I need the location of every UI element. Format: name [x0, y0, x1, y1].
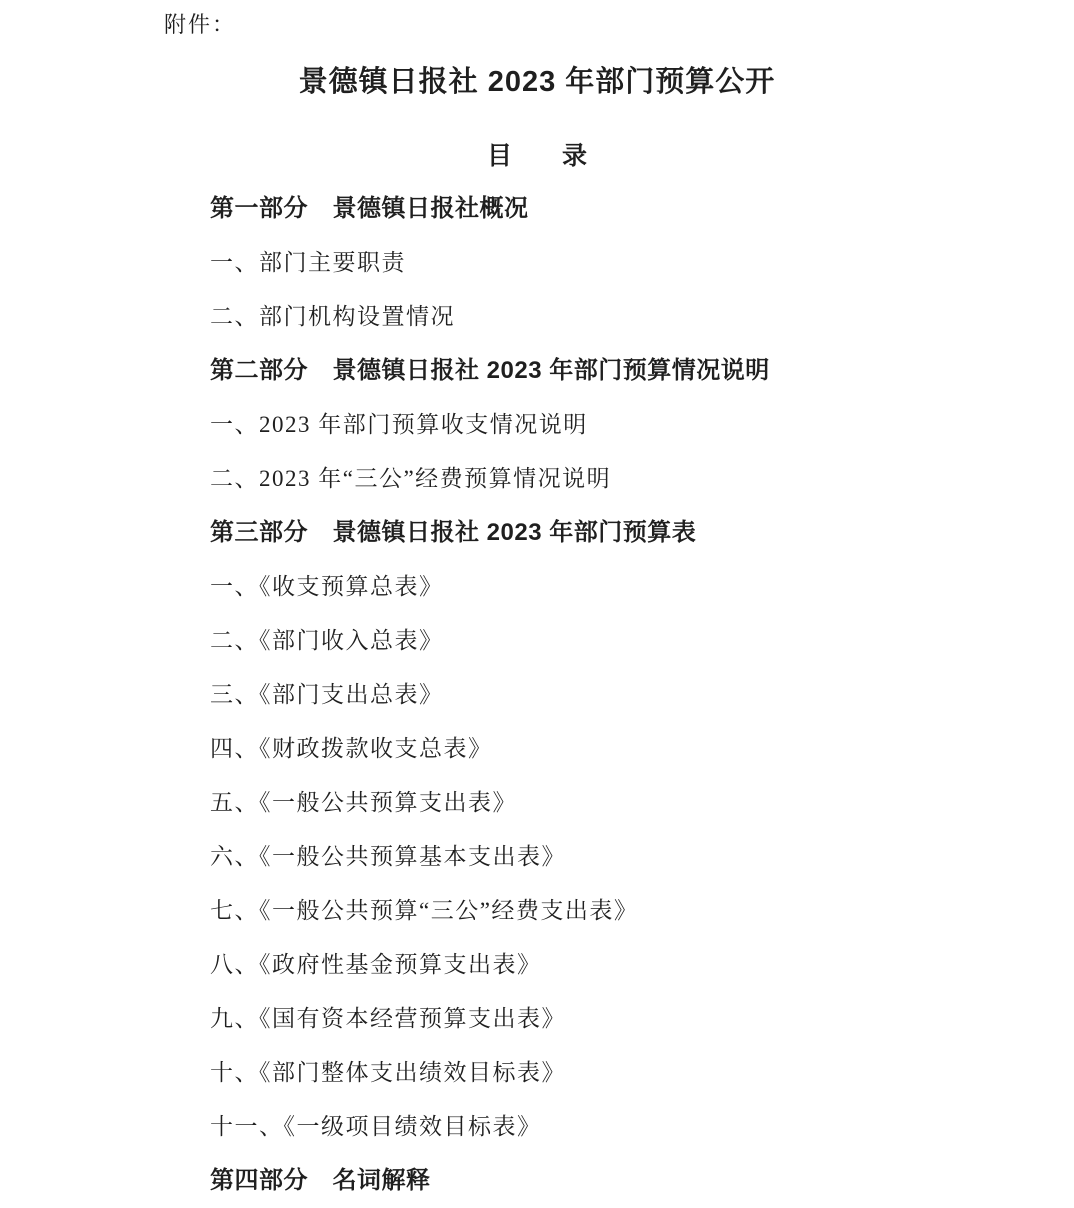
toc-section-heading: 第一部分 景德镇日报社概况 [210, 182, 1014, 236]
toc-item: 一、《收支预算总表》 [210, 560, 1014, 614]
toc-list: 第一部分 景德镇日报社概况一、部门主要职责二、部门机构设置情况第二部分 景德镇日… [210, 182, 1014, 1208]
toc-item: 一、2023 年部门预算收支情况说明 [210, 398, 1014, 452]
toc-section-heading: 第二部分 景德镇日报社 2023 年部门预算情况说明 [210, 344, 1014, 398]
toc-item: 五、《一般公共预算支出表》 [210, 776, 1014, 830]
toc-section-heading: 第四部分 名词解释 [210, 1154, 1014, 1208]
toc-item: 十一、《一级项目绩效目标表》 [210, 1100, 1014, 1154]
toc-item: 四、《财政拨款收支总表》 [210, 722, 1014, 776]
toc-title: 目 录 [0, 138, 1074, 174]
document-title: 景德镇日报社 2023 年部门预算公开 [0, 62, 1074, 102]
toc-item: 一、部门主要职责 [210, 236, 1014, 290]
attachment-label: 附件： [164, 0, 1074, 40]
toc-item: 二、部门机构设置情况 [210, 290, 1014, 344]
document-page: 附件： 景德镇日报社 2023 年部门预算公开 目 录 第一部分 景德镇日报社概… [0, 0, 1074, 1208]
toc-section-heading: 第三部分 景德镇日报社 2023 年部门预算表 [210, 506, 1014, 560]
toc-item: 二、2023 年“三公”经费预算情况说明 [210, 452, 1014, 506]
toc-item: 二、《部门收入总表》 [210, 614, 1014, 668]
toc-item: 十、《部门整体支出绩效目标表》 [210, 1046, 1014, 1100]
toc-item: 七、《一般公共预算“三公”经费支出表》 [210, 884, 1014, 938]
toc-item: 九、《国有资本经营预算支出表》 [210, 992, 1014, 1046]
toc-item: 六、《一般公共预算基本支出表》 [210, 830, 1014, 884]
toc-item: 三、《部门支出总表》 [210, 668, 1014, 722]
toc-item: 八、《政府性基金预算支出表》 [210, 938, 1014, 992]
